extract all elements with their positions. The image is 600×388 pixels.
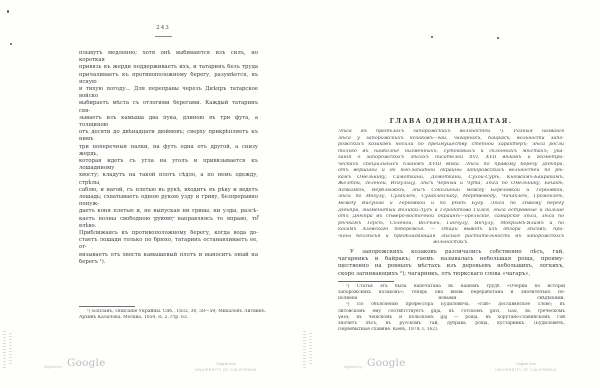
chapter-heading: ГЛАВА ОДИННАДЦАТАЯ. (338, 118, 564, 125)
footnote-text: ¹) Бопланъ, Описаніе Украйны. Спб., 1832… (79, 309, 266, 321)
text-line: литовскомъ ему соотвѣтствуетъ gaja, въ г… (338, 309, 565, 315)
text-line: щественно на ровныхъ мѣстахъ изъ деревье… (338, 263, 564, 270)
google-watermark: Google (67, 357, 106, 369)
text-line: три поперечныя палки, на футъ одна отъ д… (79, 144, 258, 158)
institution-watermark: Original from UNIVERSITY OF CALIFORNIA (187, 362, 265, 372)
text-line: берегъ ¹). (79, 259, 258, 266)
book-scan-spread: 243 плывутъ медленно; хотя онѣ выбиваютс… (0, 0, 600, 388)
text-line: лошадь; схватываетъ одною рукою узду и г… (79, 194, 258, 208)
folio-number: 243 (140, 25, 186, 31)
scan-edge-artifact (303, 331, 314, 368)
original-from-label: Original from (187, 362, 265, 366)
page-scan-left: 243 плывутъ медленно; хотя онѣ выбиваютс… (0, 0, 300, 388)
text-line: У запорожскихъ козаковъ различались собс… (338, 249, 564, 256)
text-line: ²) По объясненію профессора Будиловича, … (338, 302, 565, 308)
scan-speck (497, 37, 499, 39)
body-text: плывутъ медленно; хотя онѣ выбиваются из… (79, 50, 258, 266)
text-line: вольностяхъ. (338, 240, 564, 247)
chapter-summary: Лѣса въ предѣлахъ запорожскихъ вольносте… (338, 129, 564, 247)
text-line: Желтой, Зеленой, Ингульцу, лѣсъ Черный и… (338, 181, 564, 188)
text-line: причаливаетъ къ противоположному берегу,… (79, 72, 258, 86)
text-line: вязываетъ отъ хвоста камышевый плотъ и в… (79, 252, 258, 259)
scan-edge-artifact (3, 331, 14, 368)
text-line: занія о запорожскихъ лѣсахъ писателей XV… (338, 155, 564, 162)
text-line: Приближаясь къ противоположному берегу, … (79, 230, 258, 237)
original-from-label: Original from (487, 362, 565, 366)
folio-rule (155, 36, 172, 37)
text-line: стаетъ лошади только по брюхо, татаринъ … (79, 237, 258, 251)
text-line: Первобытные славяне. Кіевъ, 1878, I, 162… (338, 327, 565, 333)
body-text: У запорожскихъ козаковъ различались собс… (338, 249, 564, 278)
text-line: даетъ коня плетью и, не выпуская ни грив… (79, 208, 258, 215)
scan-speck (10, 43, 12, 45)
institution-watermark: Original from UNIVERSITY OF CALIFORNIA (487, 362, 565, 372)
text-line: между Висунью и Терновкой и по рѣкѣ Бугу… (338, 201, 564, 208)
text-line: Лѣса въ предѣлахъ запорожскихъ вольносте… (338, 129, 564, 136)
institution-label: UNIVERSITY OF CALIFORNIA (187, 367, 265, 372)
text-line: Архивъ Калачова. Москва, 1854, II, 2, ст… (79, 315, 266, 321)
scan-speck (257, 215, 259, 217)
chapter-end-rule (153, 217, 175, 218)
text-line: плывутъ медленно; хотя онѣ выбиваются из… (79, 50, 258, 64)
text-line: косамъ Азовскаго побережья. — Общій выво… (338, 227, 564, 234)
text-line: привязь къ жерди поддерживаетъ ихъ, и та… (79, 64, 258, 71)
institution-label: UNIVERSITY OF CALIFORNIA (487, 367, 565, 372)
text-line: которая идетъ съ угла на уголъ и привязы… (79, 158, 258, 172)
scan-speck (7, 10, 9, 13)
footnote-separator (79, 306, 135, 307)
page-scan-right: ГЛАВА ОДИННАДЦАТАЯ. Лѣса въ предѣлахъ за… (300, 0, 600, 388)
digitized-by-label: Digitized by (344, 365, 362, 369)
footnote-text: ¹) Статья эта была напечатана въ нашемъ … (338, 284, 565, 333)
text-line: отъ десяти до двѣнадцати дюймовъ; сверху… (79, 129, 258, 143)
google-watermark: Google (367, 357, 406, 369)
text-line: и тихую погоду... Для переправы черезъ Д… (79, 86, 258, 100)
footnote-separator (338, 281, 394, 282)
text-line: отъ Днѣпра въ сѣверо-восточной окраинѣ—о… (338, 214, 564, 221)
scan-speck (431, 36, 433, 38)
text-line: чагарникъ и байракъ; гаемъ называлась не… (338, 256, 564, 263)
text-line: рожскихъ козаковъ носили по преимуществу… (338, 142, 564, 149)
text-line: скоро загнивающихъ ²); чагарникъ, отъ тю… (338, 271, 564, 278)
text-line: хвосту; кладутъ на такой плотъ сѣдло, а … (79, 172, 258, 186)
text-line: отъ вершины и до юго-западной окраины за… (338, 168, 564, 175)
text-line: зываетъ изъ камыша два пука, длиною въ т… (79, 115, 258, 129)
text-line: выбираетъ мѣста съ отлогими берегами. Ка… (79, 100, 258, 114)
text-line: саблю, и нагой, съ плетью въ рукѣ, входи… (79, 187, 258, 194)
digitized-by-label: Digitized by (44, 365, 62, 369)
